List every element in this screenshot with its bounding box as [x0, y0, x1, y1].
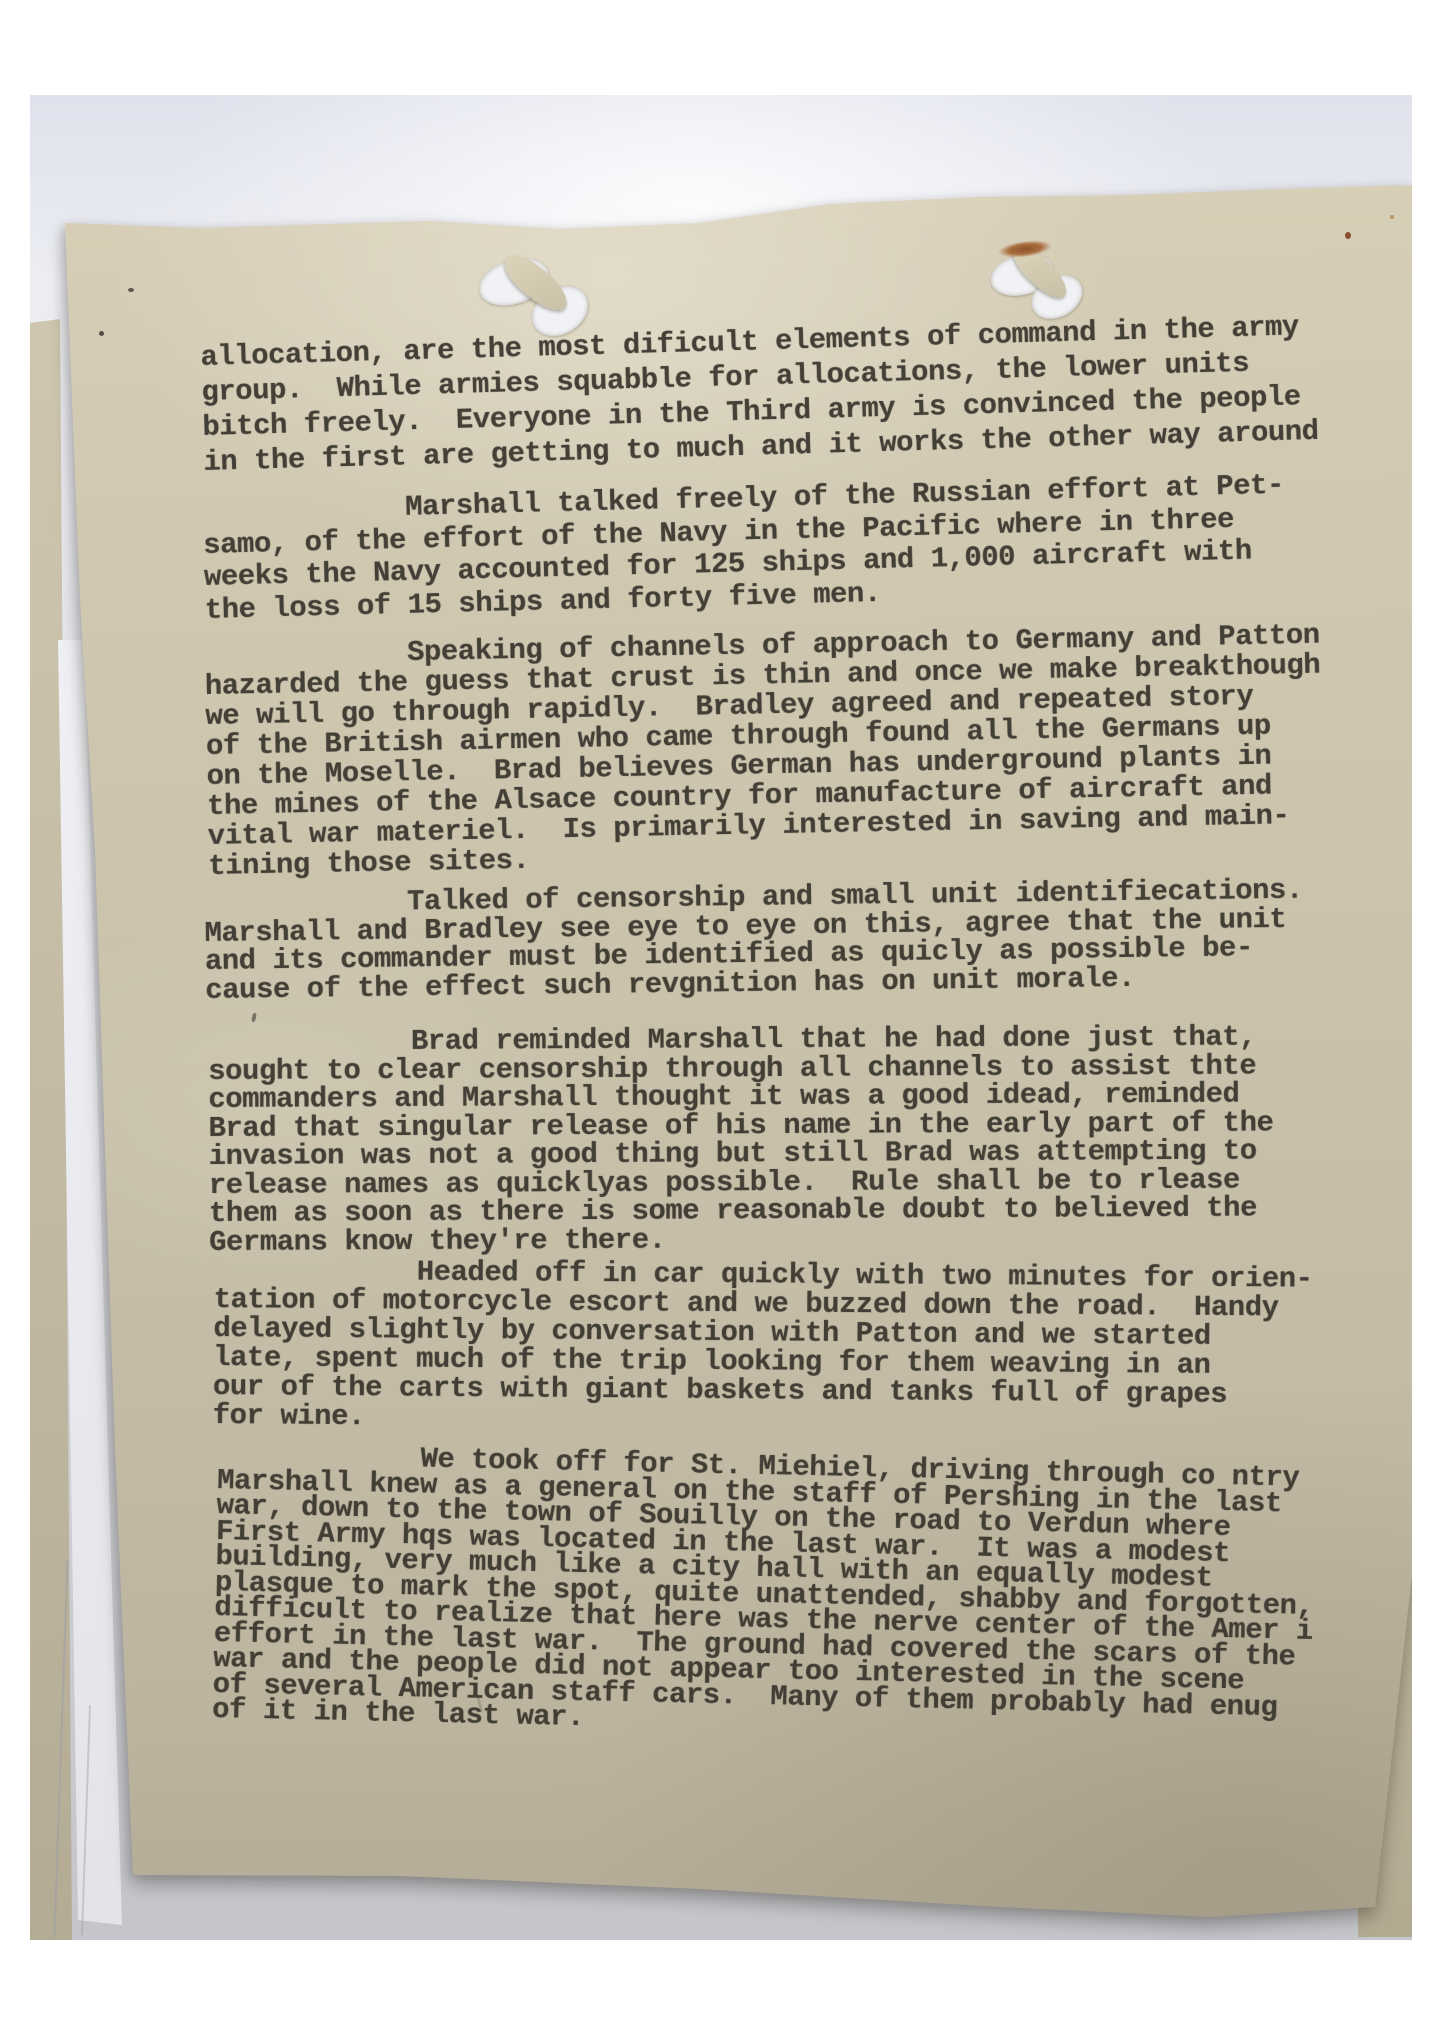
stain-speck — [1345, 232, 1351, 239]
stain-speck — [99, 331, 104, 336]
stain-speck — [1390, 215, 1394, 219]
paragraph-headed-off: Headed off in car quickly with two minut… — [213, 1256, 1313, 1439]
photo-area: allocation, are the most dificult elemen… — [30, 95, 1412, 1940]
paragraph-brad-reminded: Brad reminded Marshall that he had done … — [208, 1023, 1274, 1257]
paragraph-marshall-navy: Marshall talked freely of the Russian ef… — [202, 470, 1287, 627]
stain-speck — [128, 288, 134, 292]
paragraph-st-mihiel: We took off for St. Miehiel, driving thr… — [212, 1442, 1317, 1746]
scanned-page: allocation, are the most dificult elemen… — [0, 0, 1440, 2038]
paragraph-channels-approach: Speaking of channels of approach to Germ… — [204, 621, 1324, 882]
paragraph-censorship: Talked of censorship and small unit iden… — [204, 877, 1304, 1005]
